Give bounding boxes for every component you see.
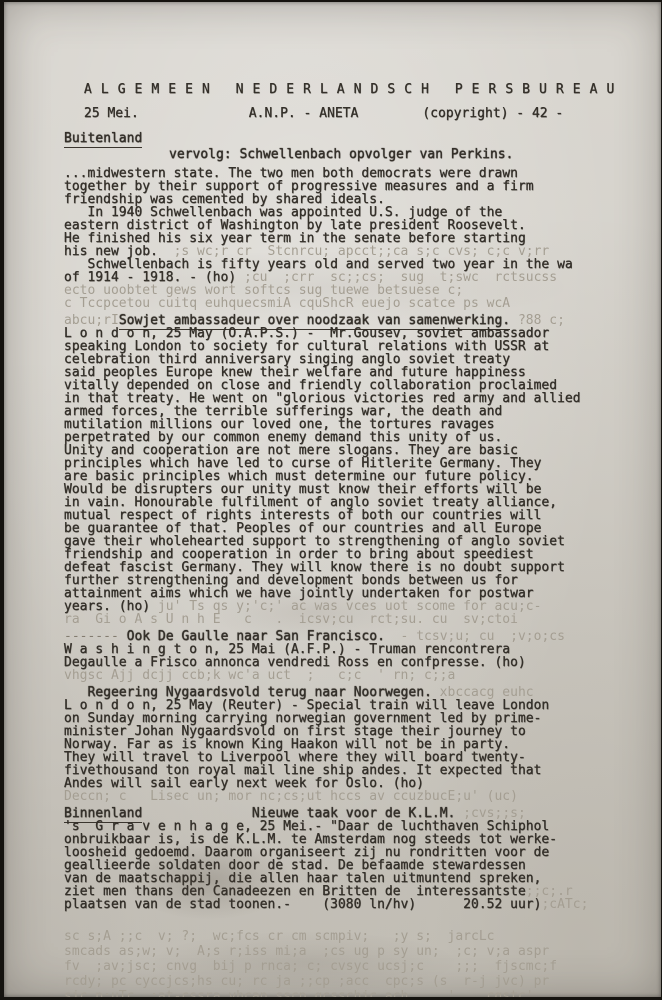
document-line: Deccn; c Lisec un; mor nc;cs;ut hccs av … [64, 790, 647, 803]
document-line: smcads as;w; v; A;s r;iss mi;a ;cs ug p … [64, 944, 647, 959]
document-line: c Tccpcetou cuitq euhquecsmiA cquShcR eu… [64, 297, 647, 310]
section-title: Buitenland [64, 131, 142, 148]
line-segment: abcu;rI [64, 313, 119, 328]
line-segment: - tcsv;u; cu ;v;o;cs [385, 629, 565, 644]
line-segment: sc s;A ;;c v; ?; wc;fcs cr cm scmpiv; ;y… [64, 929, 494, 944]
agency-name: A L G E M E E N N E D E R L A N D S C H … [84, 82, 647, 98]
line-segment: ra Gi o A s U n h E c . icsv;cu rct;su. … [64, 612, 518, 627]
line-segment: ?88 c; [510, 313, 565, 328]
bulletin-meta-row: 25 Mei. A.N.P. - ANETA (copyright) - 42 … [64, 106, 647, 121]
document-line: plaatsen van de stad toonen.- (3080 ln/h… [64, 898, 647, 911]
story-subtitle: vervolg: Schwellenbach opvolger van Perk… [169, 148, 647, 162]
line-segment: rcdy; pc cyccjcs;hs cu; rc ja ;;cp ;acc … [64, 974, 549, 989]
document-photo: A L G E M E E N N E D E R L A N D S C H … [0, 0, 662, 1000]
document-line: sic p;uTc ;at-cssra vhcap sscp qcsschjc … [64, 989, 647, 997]
document-body: ...midwestern state. The two men both de… [64, 167, 647, 997]
document-line: vhgsc Ajj dcjj ccb;k wc'a uct ; c;c ' rn… [64, 669, 647, 682]
bulletin-date: 25 Mei. [84, 106, 139, 121]
line-segment: xbccacg euhc [432, 685, 534, 700]
line-segment: Deccn; c Lisec un; mor nc;cs;ut hccs av … [64, 789, 518, 804]
press-bulletin-page: A L G E M E E N N E D E R L A N D S C H … [4, 2, 661, 997]
section-row: Buitenland [64, 131, 647, 147]
copyright-note: (copyright) - 42 - [422, 106, 563, 121]
bulletin-code: A.N.P. - ANETA [249, 106, 359, 121]
line-segment: ;cATc; [541, 897, 588, 912]
line-segment: smcads as;w; v; A;s r;iss mi;a ;cs ug p … [64, 944, 549, 959]
line-segment: vhgsc Ajj dcjj ccb;k wc'a uct ; c;c ' rn… [64, 668, 455, 683]
document-line: sc s;A ;;c v; ?; wc;fcs cr cm scmpiv; ;y… [64, 929, 647, 944]
line-segment: ;s wc;r cr Stcnrcu; apcct;;ca s;c cvs; c… [158, 244, 549, 259]
document-line: ra Gi o A s U n h E c . icsv;cu rct;su. … [64, 613, 647, 626]
document-line: fv ;av;jsc; cnvg bij p rnca; c; cvsyc uc… [64, 959, 647, 974]
line-segment: plaatsen van de stad toonen.- (3080 ln/h… [64, 897, 541, 912]
line-segment: c Tccpcetou cuitq euhquecsmiA cquShcR eu… [64, 296, 510, 311]
document-line: rcdy; pc cyccjcs;hs cu; rc ja ;;cp ;acc … [64, 974, 647, 989]
line-segment: ;cvs;;s; [455, 806, 525, 821]
line-segment: fv ;av;jsc; cnvg bij p rnca; c; cvsyc uc… [64, 959, 557, 974]
line-segment: sic p;uTc ;at-cssra vhcap sscp qcsschjc … [64, 989, 534, 997]
